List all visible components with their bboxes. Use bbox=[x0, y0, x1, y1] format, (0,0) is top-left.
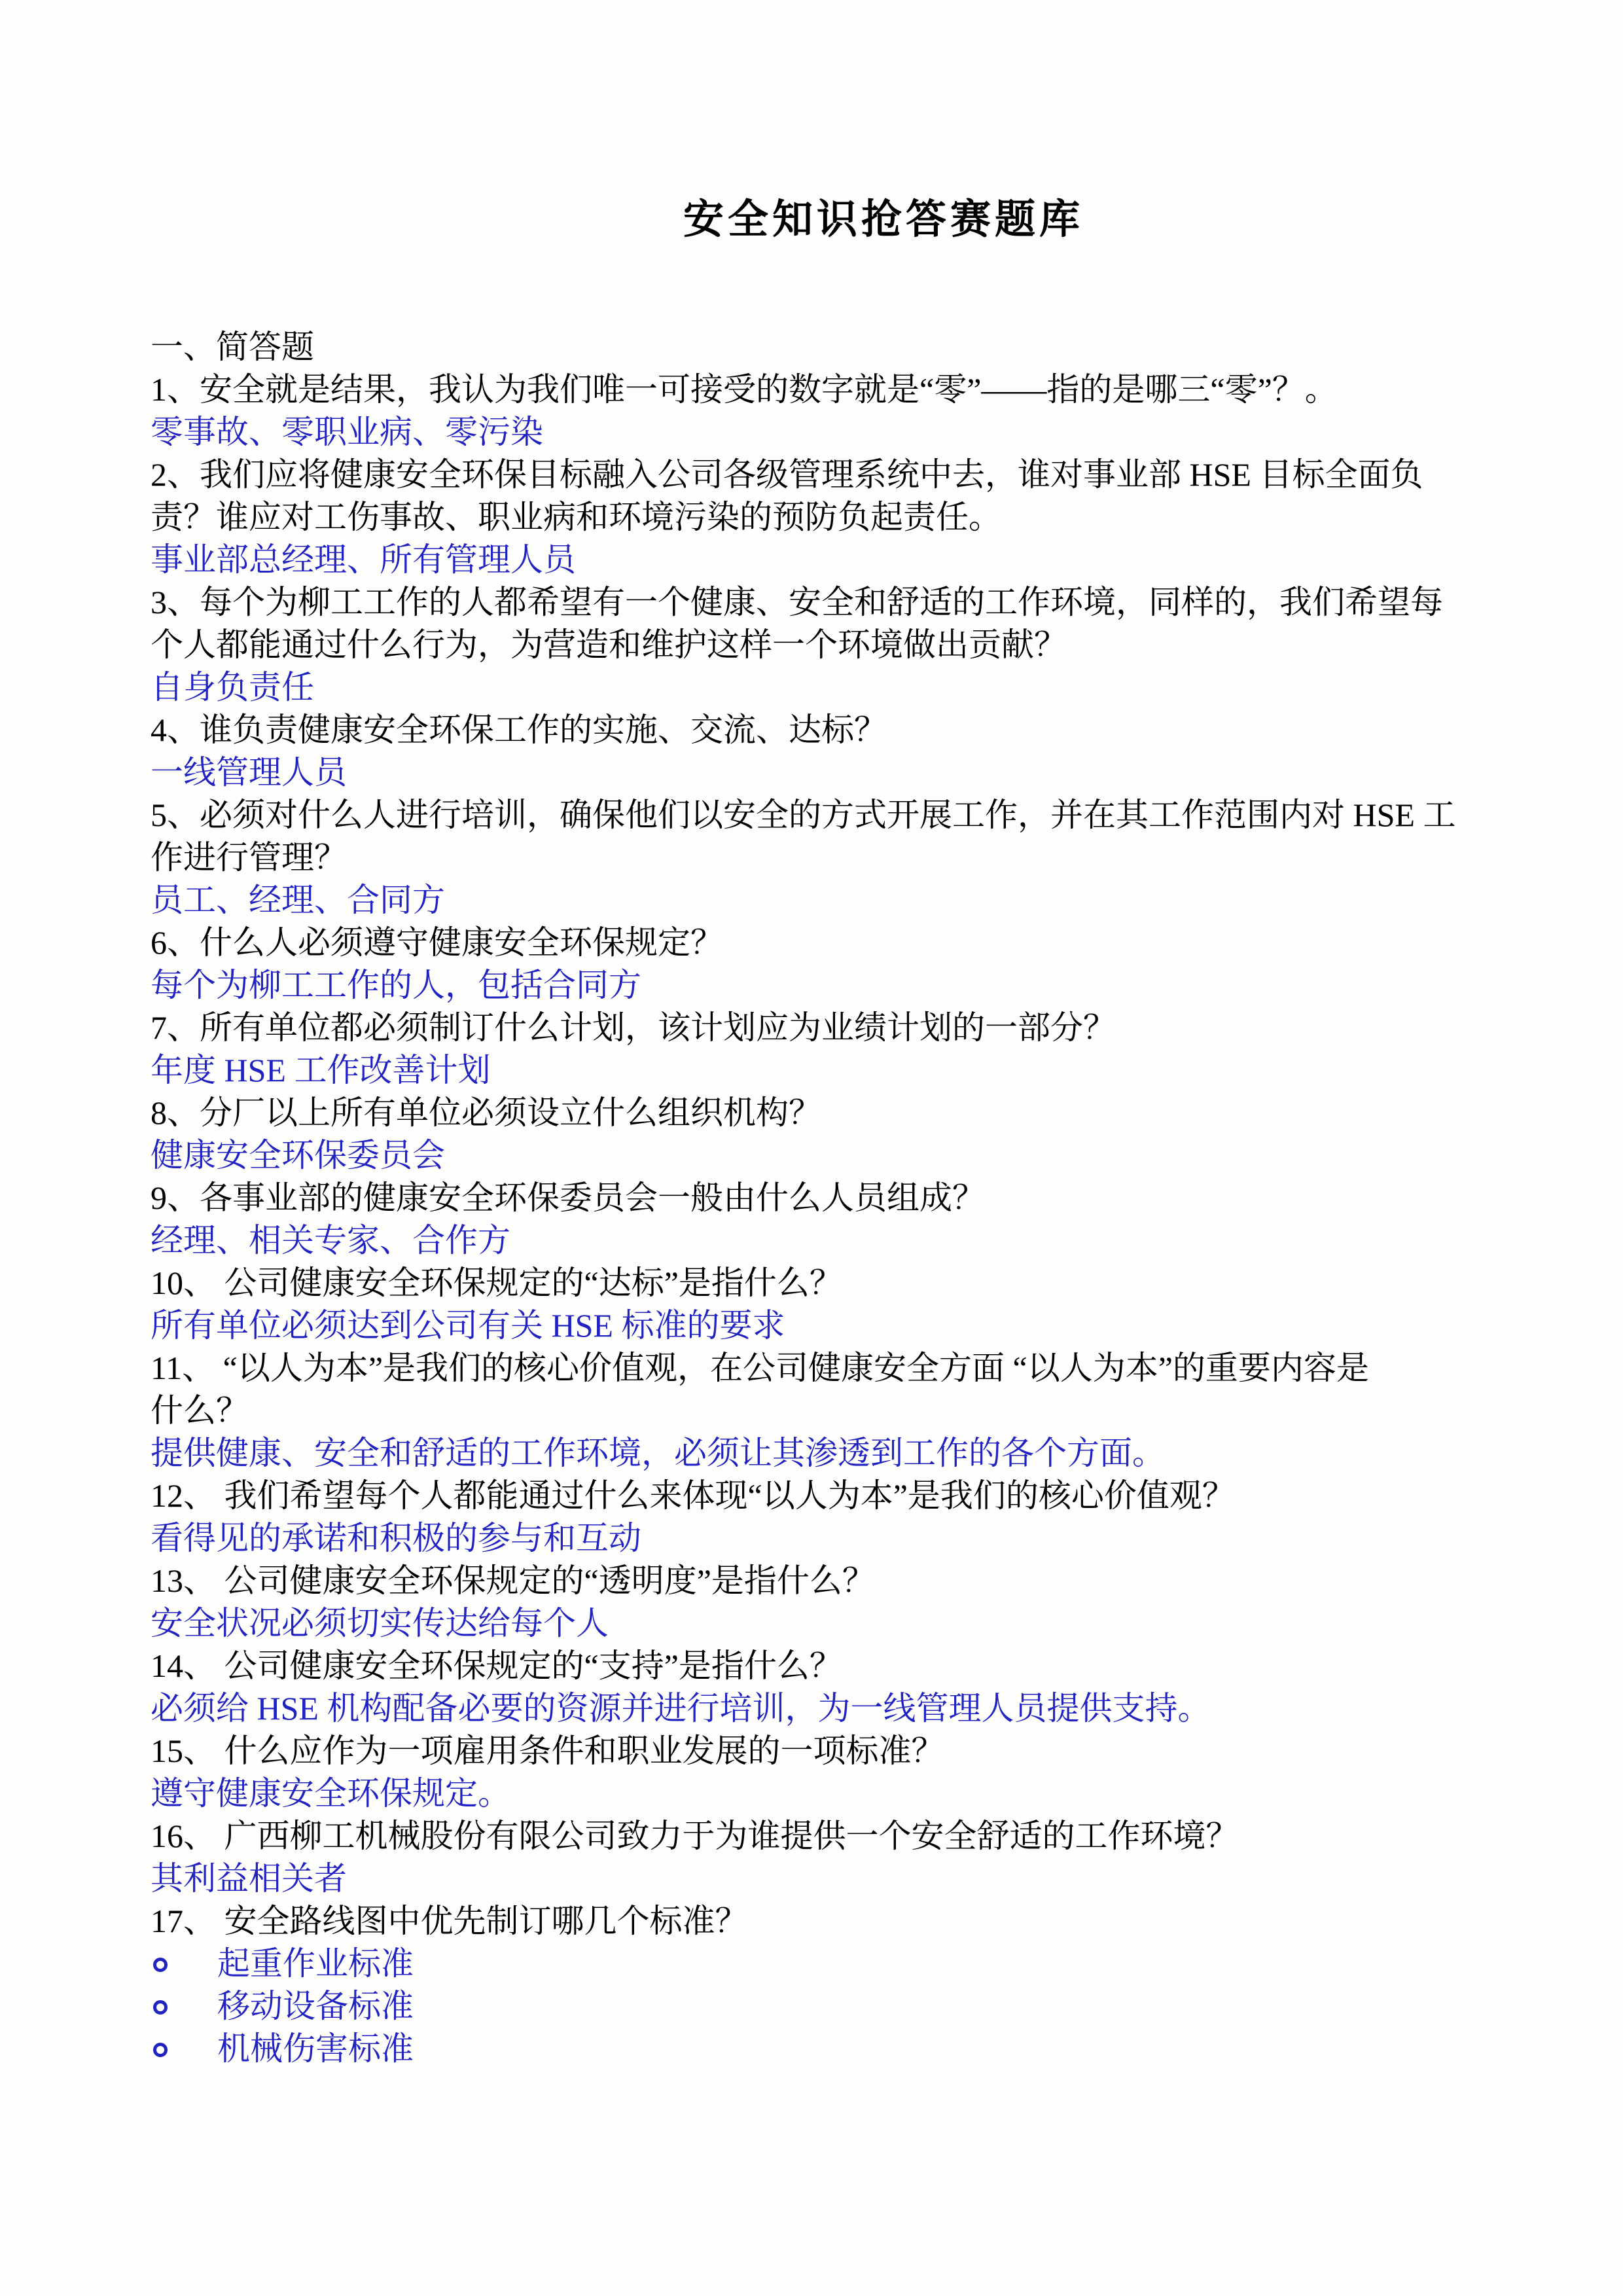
answer-line: 零事故、零职业病、零污染 bbox=[151, 411, 1544, 454]
answer-line: 员工、经理、合同方 bbox=[151, 879, 1544, 922]
question-line: 3、每个为柳工工作的人都希望有一个健康、安全和舒适的工作环境，同样的，我们希望每 bbox=[151, 581, 1544, 624]
answer-line: 安全状况必须切实传达给每个人 bbox=[151, 1602, 1544, 1645]
bullet-circle-icon bbox=[153, 2000, 168, 2015]
question-line: 10、 公司健康安全环保规定的“达标”是指什么？ bbox=[151, 1262, 1544, 1304]
question-line: 11、 “以人为本”是我们的核心价值观，在公司健康安全方面 “以人为本”的重要内… bbox=[151, 1347, 1544, 1390]
question-line: 个人都能通过什么行为，为营造和维护这样一个环境做出贡献？ bbox=[151, 624, 1544, 666]
question-line: 13、 公司健康安全环保规定的“透明度”是指什么？ bbox=[151, 1560, 1544, 1602]
answer-line: 每个为柳工工作的人，包括合同方 bbox=[151, 964, 1544, 1007]
section-heading: 一、简答题 bbox=[151, 326, 1544, 368]
question-line: 5、必须对什么人进行培训，确保他们以安全的方式开展工作，并在其工作范围内对 HS… bbox=[151, 794, 1544, 836]
answer-line: 经理、相关专家、合作方 bbox=[151, 1219, 1544, 1262]
answer-line: 事业部总经理、所有管理人员 bbox=[151, 539, 1544, 581]
answer-line: 看得见的承诺和积极的参与和互动 bbox=[151, 1517, 1544, 1560]
answer-line: 提供健康、安全和舒适的工作环境，必须让其渗透到工作的各个方面。 bbox=[151, 1432, 1544, 1475]
question-line: 1、安全就是结果，我认为我们唯一可接受的数字就是“零”——指的是哪三“零”？。 bbox=[151, 368, 1544, 411]
bullet-item: 机械伤害标准 bbox=[151, 2028, 1544, 2070]
answer-line: 健康安全环保委员会 bbox=[151, 1134, 1544, 1177]
question-line: 6、什么人必须遵守健康安全环保规定？ bbox=[151, 922, 1544, 964]
answer-line: 自身负责任 bbox=[151, 666, 1544, 709]
question-line: 责？谁应对工伤事故、职业病和环境污染的预防负起责任。 bbox=[151, 496, 1544, 539]
question-line: 12、 我们希望每个人都能通过什么来体现“以人为本”是我们的核心价值观？ bbox=[151, 1475, 1544, 1517]
question-line: 15、 什么应作为一项雇用条件和职业发展的一项标准？ bbox=[151, 1730, 1544, 1772]
page-title: 安全知识抢答赛题库 bbox=[151, 194, 1616, 246]
question-line: 什么？ bbox=[151, 1390, 1544, 1432]
bullet-item: 移动设备标准 bbox=[151, 1985, 1544, 2028]
answer-line: 其利益相关者 bbox=[151, 1857, 1544, 1900]
answer-line: 遵守健康安全环保规定。 bbox=[151, 1772, 1544, 1815]
question-line: 7、所有单位都必须制订什么计划，该计划应为业绩计划的一部分？ bbox=[151, 1007, 1544, 1049]
question-line: 17、 安全路线图中优先制订哪几个标准？ bbox=[151, 1900, 1544, 1943]
answer-line: 必须给 HSE 机构配备必要的资源并进行培训，为一线管理人员提供支持。 bbox=[151, 1687, 1544, 1730]
bullet-label: 起重作业标准 bbox=[217, 1945, 414, 1982]
question-line: 8、分厂以上所有单位必须设立什么组织机构？ bbox=[151, 1092, 1544, 1134]
question-line: 4、谁负责健康安全环保工作的实施、交流、达标？ bbox=[151, 709, 1544, 751]
question-line: 作进行管理？ bbox=[151, 836, 1544, 879]
question-line: 16、 广西柳工机械股份有限公司致力于为谁提供一个安全舒适的工作环境？ bbox=[151, 1815, 1544, 1857]
bullet-circle-icon bbox=[153, 1958, 168, 1972]
bullet-item: 起重作业标准 bbox=[151, 1943, 1544, 1985]
question-line: 9、各事业部的健康安全环保委员会一般由什么人员组成？ bbox=[151, 1177, 1544, 1219]
document-page: 安全知识抢答赛题库 一、简答题1、安全就是结果，我认为我们唯一可接受的数字就是“… bbox=[0, 194, 1623, 2070]
document-body: 一、简答题1、安全就是结果，我认为我们唯一可接受的数字就是“零”——指的是哪三“… bbox=[151, 326, 1544, 2070]
question-line: 2、我们应将健康安全环保目标融入公司各级管理系统中去，谁对事业部 HSE 目标全… bbox=[151, 454, 1544, 496]
bullet-label: 移动设备标准 bbox=[217, 1988, 414, 2024]
answer-line: 年度 HSE 工作改善计划 bbox=[151, 1049, 1544, 1092]
bullet-circle-icon bbox=[153, 2043, 168, 2057]
answer-line: 所有单位必须达到公司有关 HSE 标准的要求 bbox=[151, 1304, 1544, 1347]
answer-line: 一线管理人员 bbox=[151, 751, 1544, 794]
question-line: 14、 公司健康安全环保规定的“支持”是指什么？ bbox=[151, 1645, 1544, 1687]
bullet-label: 机械伤害标准 bbox=[217, 2030, 414, 2067]
